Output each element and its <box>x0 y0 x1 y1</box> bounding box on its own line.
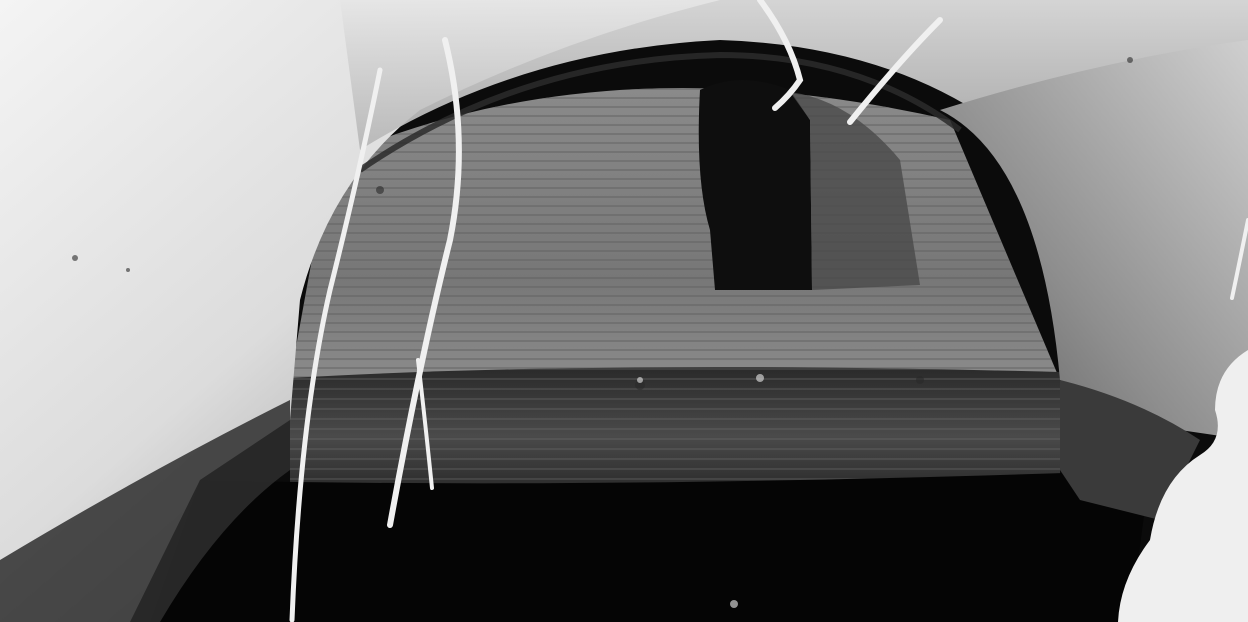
photograph: Black-and-white photograph of a vaulted … <box>0 0 1248 622</box>
dark-wall-opening <box>699 80 812 290</box>
photo-scene <box>0 0 1248 622</box>
